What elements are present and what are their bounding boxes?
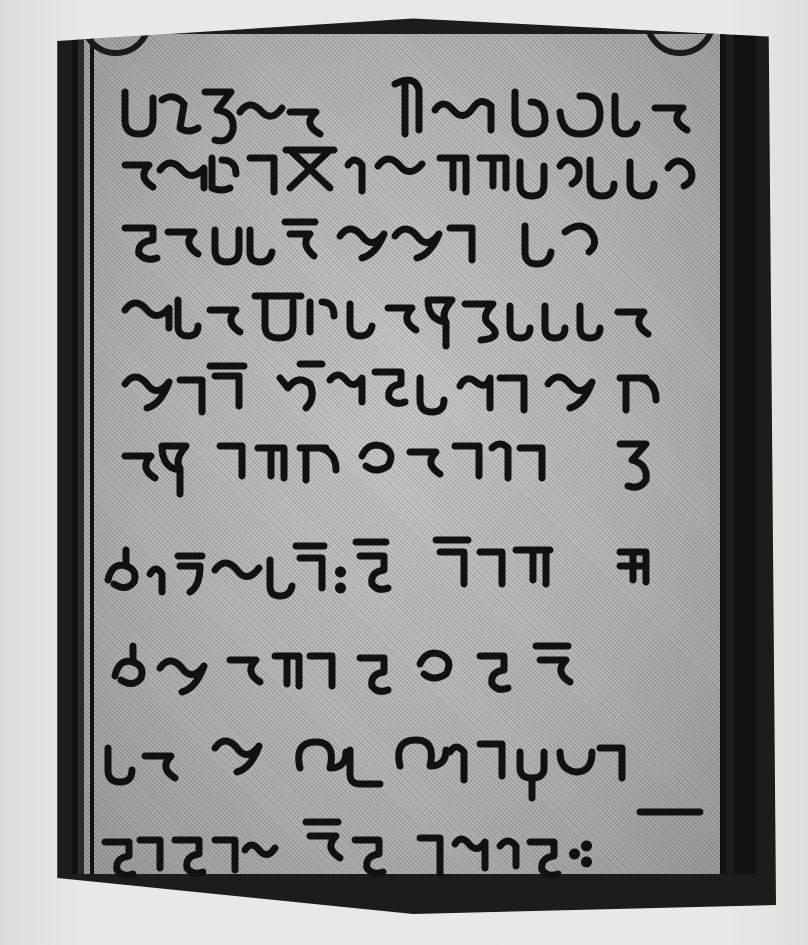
inscription-line-1 (125, 80, 687, 141)
inscription-line-2 (125, 150, 692, 196)
inscription-text (0, 0, 808, 945)
inscription-line-8 (115, 646, 570, 692)
inscription-line-9 (108, 740, 622, 798)
inscription-line-10 (105, 812, 700, 875)
inscription-line-6 (125, 444, 646, 494)
inscription-line-5 (125, 364, 656, 412)
inscription-line-4 (125, 296, 648, 346)
inscription-line-7 (108, 540, 646, 596)
inscription-line-3 (125, 222, 595, 264)
